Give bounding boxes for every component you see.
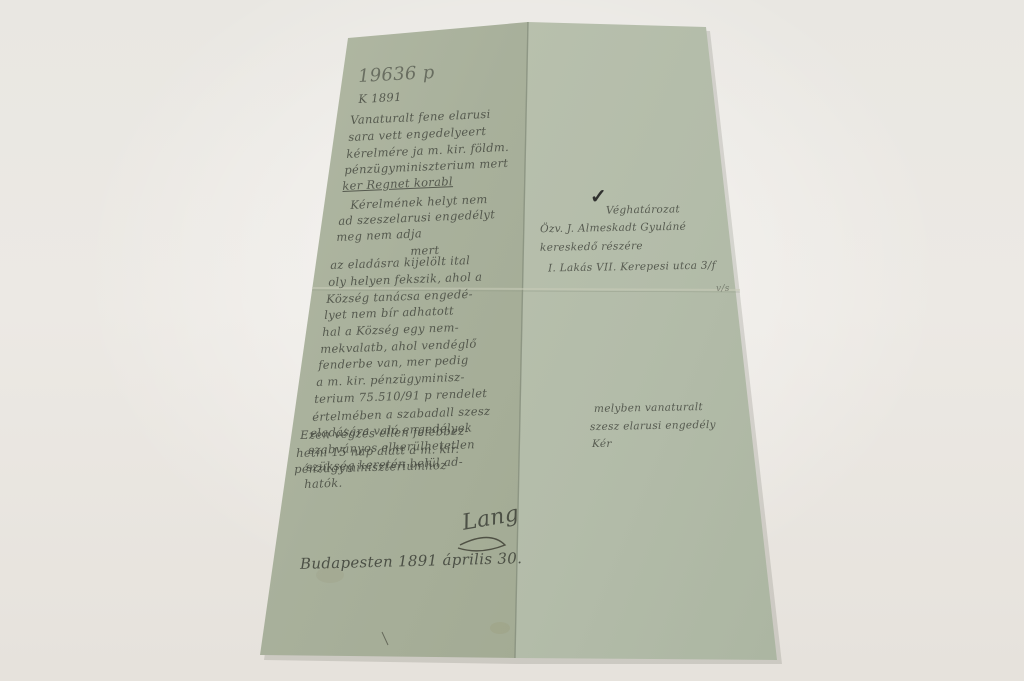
address-line: kereskedő részére [540, 240, 643, 254]
letter-paper [0, 0, 1024, 681]
subject-line: Kér [592, 438, 612, 450]
body-line: hatók. [304, 476, 343, 491]
subject-line: melyben vanaturalt [594, 401, 703, 415]
right-page [515, 22, 777, 660]
address-line: Véghatározat [606, 203, 680, 216]
reference-sub: K 1891 [358, 90, 402, 106]
reference-number: 19636 p [358, 62, 436, 87]
address-line: Özv. J. Almeskadt Gyuláné [540, 221, 686, 236]
check-mark-icon: ✓ [590, 184, 607, 208]
subject-line: szesz elarusi engedély [590, 419, 716, 433]
corner-note: v/s [716, 284, 730, 294]
